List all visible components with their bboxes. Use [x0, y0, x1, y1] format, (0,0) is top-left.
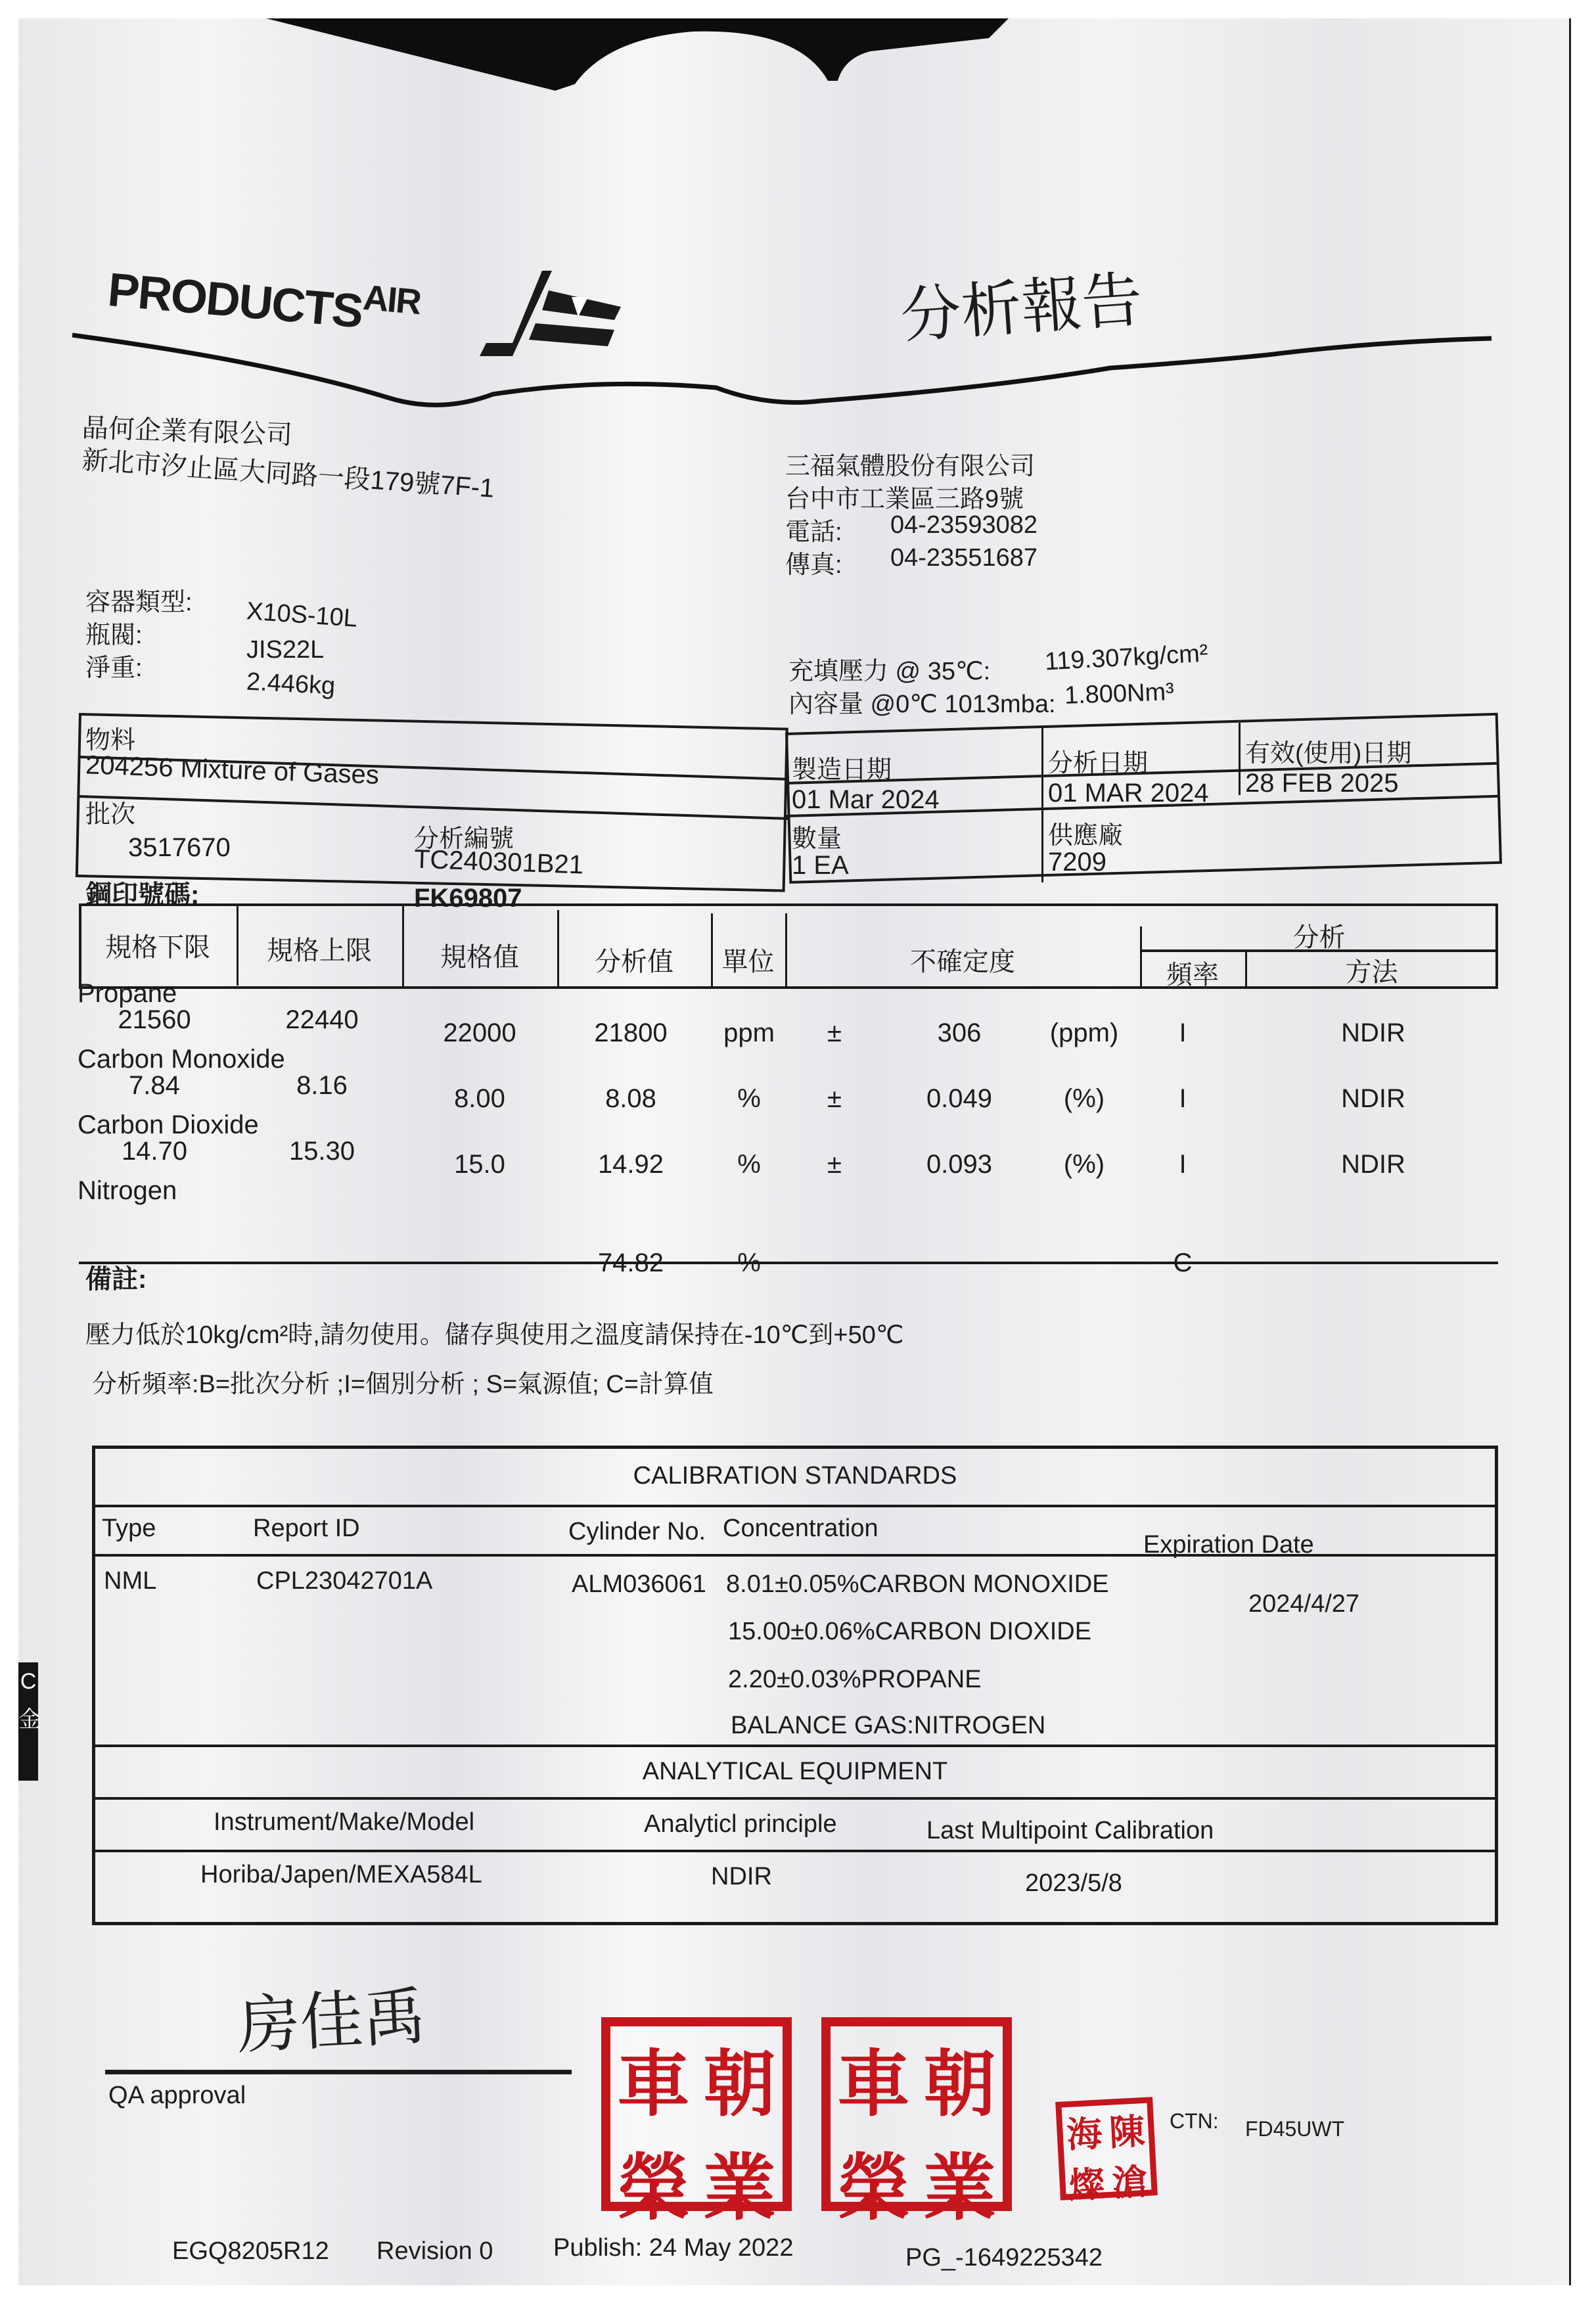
- col-unit: 單位: [711, 941, 785, 978]
- result-lower: 14.70: [95, 1137, 214, 1166]
- cal-type: NML: [104, 1567, 156, 1595]
- scan-edge-fragment: C 金: [18, 1662, 38, 1781]
- net-weight: 2.446kg: [246, 668, 336, 700]
- result-method: NDIR: [1301, 1018, 1446, 1048]
- mfg-date-label: 製造日期: [792, 749, 892, 785]
- footer-revision: Revision 0: [376, 2237, 493, 2266]
- remarks-label: 備註:: [85, 1258, 147, 1296]
- table-rule: [92, 1797, 1498, 1800]
- eq-last-calibration: 2023/5/8: [1025, 1869, 1122, 1898]
- col-upper-limit: 規格上限: [237, 930, 402, 967]
- supplier-fax: 04-23551687: [890, 544, 1037, 572]
- result-unit: %: [716, 1084, 782, 1114]
- ctn-label: CTN:: [1170, 2109, 1219, 2134]
- footer-doc-code: EGQ8205R12: [172, 2237, 329, 2266]
- result-lower: 21560: [95, 1005, 214, 1035]
- content-value: 1.800Nm³: [1064, 678, 1174, 710]
- result-unit: ppm: [716, 1018, 782, 1048]
- content-label: 內容量 @0℃ 1013mba:: [788, 683, 1056, 719]
- eq-col-principle: Analyticl principle: [644, 1810, 837, 1838]
- lot-value: 3517670: [128, 833, 231, 863]
- result-unc_unit: (%): [1032, 1084, 1137, 1114]
- company-seal-large-2: 車 朝 榮 業: [821, 2017, 1012, 2211]
- supplier-phone: 04-23593082: [890, 511, 1037, 539]
- col-analysis-value: 分析值: [557, 941, 711, 978]
- eq-instrument: Horiba/Japen/MEXA584L: [200, 1861, 482, 1889]
- table-rule: [92, 1850, 1498, 1852]
- calibration-title: CALIBRATION STANDARDS: [92, 1462, 1498, 1490]
- result-freq: I: [1163, 1018, 1202, 1048]
- table-rule: [1041, 728, 1043, 882]
- result-pm: ±: [815, 1150, 854, 1179]
- col-frequency: 頻率: [1140, 954, 1245, 992]
- supplier-code: 7209: [1048, 848, 1106, 877]
- footer-pg-code: PG_-1649225342: [905, 2244, 1103, 2272]
- header-divider: [72, 315, 1498, 421]
- col-uncertainty: 不確定度: [785, 941, 1140, 978]
- remarks-line-2: 分析頻率:B=批次分析 ;I=個別分析 ; S=氣源值; C=計算值: [92, 1363, 714, 1400]
- cal-cylinder-no: ALM036061: [572, 1570, 706, 1599]
- col-method: 方法: [1245, 951, 1498, 989]
- cal-col-concentration: Concentration: [723, 1515, 878, 1543]
- results-bottom-rule: [79, 1262, 1498, 1264]
- cal-col-report-id: Report ID: [253, 1515, 360, 1543]
- signature-line: [105, 2070, 572, 2074]
- component-name: Carbon Monoxide: [78, 1045, 285, 1074]
- result-value: 8.08: [572, 1084, 690, 1114]
- lot-label: 批次: [85, 794, 135, 830]
- eq-col-calibration: Last Multipoint Calibration: [926, 1817, 1214, 1845]
- company-seal-large: 車 朝 榮 業: [601, 2017, 792, 2211]
- qty-value: 1 EA: [792, 851, 849, 880]
- col-analysis-group: 分析: [1140, 917, 1498, 954]
- component-name: Carbon Dioxide: [78, 1110, 259, 1140]
- result-method: NDIR: [1301, 1084, 1446, 1114]
- cal-concentration-4: BALANCE GAS:NITROGEN: [731, 1712, 1045, 1740]
- analysis-no-value: TC240301B21: [413, 845, 583, 880]
- cal-col-type: Type: [102, 1515, 156, 1543]
- result-uncertainty: 0.049: [894, 1084, 1025, 1114]
- eq-col-instrument: Instrument/Make/Model: [214, 1808, 474, 1837]
- result-upper: 22440: [263, 1005, 381, 1035]
- component-name: Nitrogen: [78, 1176, 177, 1206]
- result-freq: I: [1163, 1084, 1202, 1114]
- table-rule: [92, 1505, 1498, 1507]
- result-unit: %: [716, 1150, 782, 1179]
- result-unc_unit: (%): [1032, 1150, 1137, 1179]
- equipment-title: ANALYTICAL EQUIPMENT: [92, 1758, 1498, 1786]
- fill-pressure-label: 充填壓力 @ 35℃:: [788, 650, 990, 687]
- result-pm: ±: [815, 1084, 854, 1114]
- result-freq: I: [1163, 1150, 1202, 1179]
- result-upper: 8.16: [263, 1071, 381, 1101]
- cal-concentration-3: 2.20±0.03%PROPANE: [728, 1666, 982, 1694]
- personal-seal-small: 海 陳 燦 滄: [1055, 2097, 1158, 2201]
- supplier-address: 台中市工業區三路9號: [785, 478, 1024, 514]
- result-uncertainty: 0.093: [894, 1150, 1025, 1179]
- col-spec-value: 規格值: [402, 936, 557, 974]
- eq-principle: NDIR: [711, 1863, 772, 1891]
- result-spec: 15.0: [421, 1150, 539, 1179]
- supplier-name: 三福氣體股份有限公司: [785, 445, 1035, 482]
- qty-label: 數量: [792, 818, 842, 854]
- result-spec: 22000: [421, 1018, 539, 1048]
- result-lower: 7.84: [95, 1071, 214, 1101]
- col-lower-limit: 規格下限: [79, 926, 237, 964]
- valve-value: JIS22L: [246, 636, 324, 664]
- result-value: 14.92: [572, 1150, 690, 1179]
- result-unc_unit: (ppm): [1032, 1018, 1137, 1048]
- table-rule: [92, 1745, 1498, 1747]
- result-uncertainty: 306: [894, 1018, 1025, 1048]
- container-type-label: 容器類型:: [85, 582, 193, 618]
- result-upper: 15.30: [263, 1137, 381, 1166]
- expiry-label: 有效(使用)日期: [1245, 733, 1411, 769]
- cal-concentration-1: 8.01±0.05%CARBON MONOXIDE: [726, 1570, 1109, 1599]
- footer-publish-date: Publish: 24 May 2022: [553, 2234, 793, 2262]
- net-weight-label: 淨重:: [85, 647, 143, 683]
- result-value: 21800: [572, 1018, 690, 1048]
- cal-report-id: CPL23042701A: [256, 1567, 432, 1595]
- expiry-date: 28 FEB 2025: [1245, 769, 1399, 798]
- analysis-date-label: 分析日期: [1048, 742, 1148, 779]
- supplier-fax-label: 傳真:: [785, 544, 842, 580]
- mfg-date: 01 Mar 2024: [792, 785, 940, 815]
- remarks-line-1: 壓力低於10kg/cm²時,請勿使用。儲存與使用之溫度請保持在-10℃到+50℃: [85, 1314, 904, 1350]
- result-method: NDIR: [1301, 1150, 1446, 1179]
- supplier-code-label: 供應廠: [1048, 815, 1123, 851]
- result-pm: ±: [815, 1018, 854, 1048]
- qa-approval-label: QA approval: [108, 2082, 246, 2110]
- torn-corner-shadow: [266, 18, 1009, 124]
- cal-col-expiration: Expiration Date: [1143, 1531, 1314, 1559]
- cal-col-cylinder: Cylinder No.: [568, 1518, 706, 1546]
- qa-signature: 房佳禹: [235, 1967, 428, 2066]
- cal-expiration-date: 2024/4/27: [1248, 1590, 1359, 1618]
- supplier-phone-label: 電話:: [785, 511, 842, 547]
- cal-concentration-2: 15.00±0.06%CARBON DIOXIDE: [728, 1618, 1091, 1646]
- ctn-value: FD45UWT: [1245, 2117, 1344, 2141]
- component-name: Propane: [78, 979, 177, 1009]
- result-spec: 8.00: [421, 1084, 539, 1114]
- analysis-date: 01 MAR 2024: [1048, 779, 1209, 808]
- valve-label: 瓶閥:: [85, 614, 143, 650]
- table-rule: [1239, 723, 1241, 795]
